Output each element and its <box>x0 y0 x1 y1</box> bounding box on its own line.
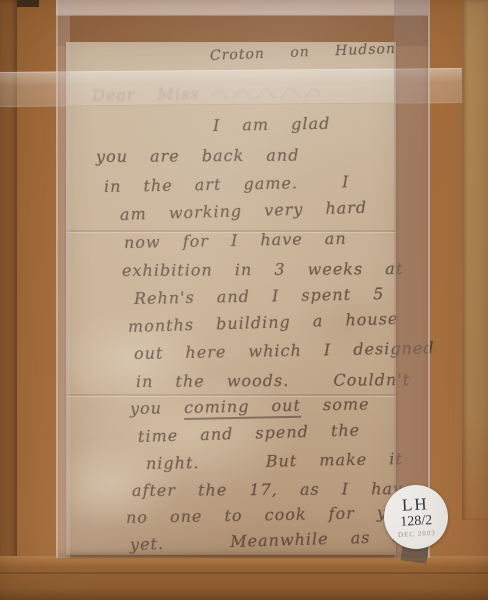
letter-line: exhibition in 3 weeks at <box>122 259 403 280</box>
cardboard-bottom-ridge <box>0 572 488 574</box>
cardboard-dark-notch <box>17 0 39 7</box>
letter-line: yet. Meanwhile as am <box>130 526 420 554</box>
letter-line: time and spend the <box>138 420 361 446</box>
letter-line: I am glad <box>213 114 331 135</box>
letter-line: Rehn's and I spent 5 <box>134 284 385 308</box>
archive-photo: Croton on Hudson Dear Miss I am glad you… <box>0 0 488 600</box>
sleeve-right-edge <box>394 0 430 558</box>
letter-paper: Croton on Hudson Dear Miss I am glad you… <box>66 42 396 555</box>
letter-line: after the 17, as I have <box>132 479 414 500</box>
line-pre: you <box>130 398 184 418</box>
letter-line: am working very hard <box>120 198 368 224</box>
label-item-number: 128/2 <box>400 514 433 530</box>
sleeve-left-edge <box>56 0 70 558</box>
letter-line: now for I have an <box>124 229 347 252</box>
cardboard-right-edge <box>462 0 488 520</box>
underlined-phrase: coming out <box>184 396 301 420</box>
sleeve-top-edge <box>56 0 428 16</box>
letter-line: you are back and <box>96 146 300 166</box>
letter-line: night. But make it <box>146 449 403 473</box>
label-date-stamp: DEC 2003 <box>398 530 436 539</box>
letter-line: in the woods. Couldn't <box>136 370 410 391</box>
letter-line: no one to cook for you <box>126 503 409 527</box>
label-collection-code: LH <box>402 495 430 513</box>
letter-line: out here which I designed <box>134 338 435 363</box>
cardboard-bottom-ledge <box>0 556 488 600</box>
letter-line: months building a house <box>128 309 399 336</box>
letter-line: in the art game. I <box>104 172 350 196</box>
letter-heading: Croton on Hudson <box>210 41 397 64</box>
letter-line-underlined: you coming out some <box>130 394 370 418</box>
line-post: some <box>301 394 370 414</box>
